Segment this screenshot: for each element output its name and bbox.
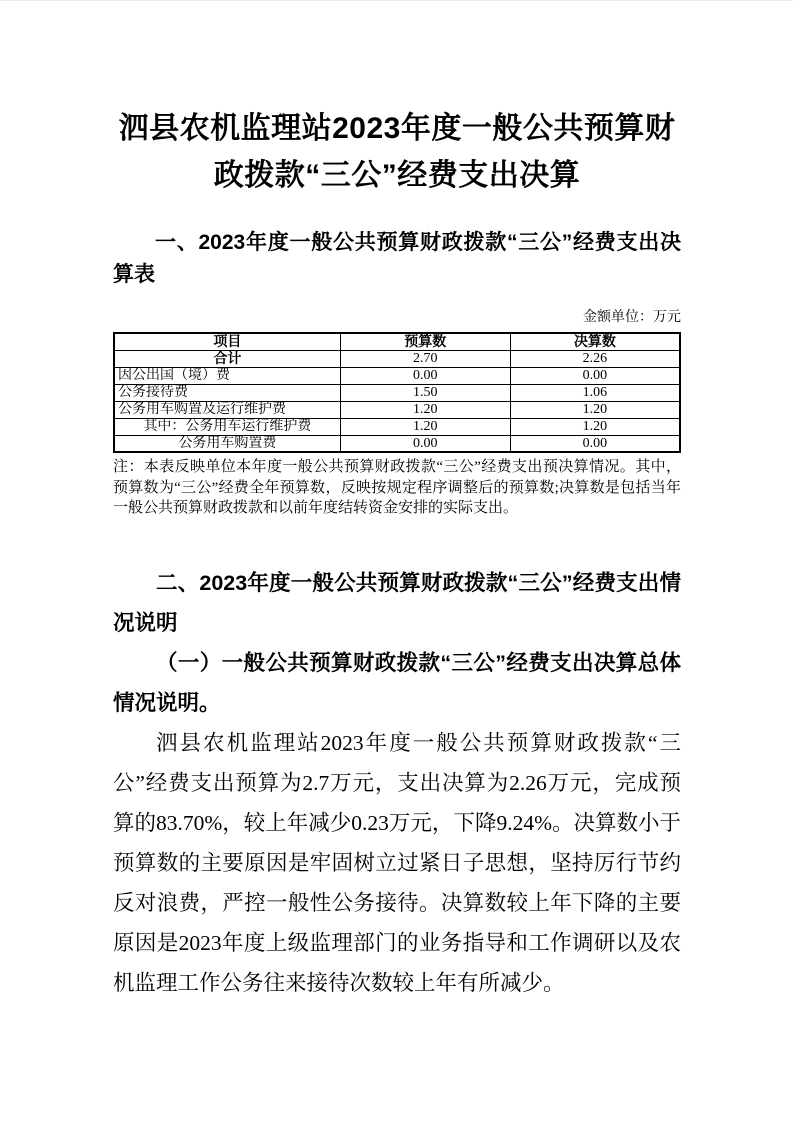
amount-unit-label: 金额单位：万元: [113, 309, 681, 327]
table-cell-budget: 1.50: [340, 384, 510, 401]
table-row-total: 合计 2.70 2.26: [114, 350, 680, 367]
table-row-reception-fee: 公务接待费 1.50 1.06: [114, 384, 680, 401]
table-cell-item: 其中：公务用车运行维护费: [114, 418, 340, 435]
table-cell-item: 公务用车购置及运行维护费: [114, 401, 340, 418]
table-cell-item: 因公出国（境）费: [114, 367, 340, 384]
document-page: 泗县农机监理站2023年度一般公共预算财政拨款“三公”经费支出决算 一、2023…: [0, 0, 793, 1122]
table-header-row: 项目 预算数 决算数: [114, 333, 680, 350]
table-cell-budget: 1.20: [340, 401, 510, 418]
table-cell-budget: 0.00: [340, 435, 510, 452]
three-public-expense-table: 项目 预算数 决算数 合计 2.70 2.26 因公出国（境）费 0.00 0.…: [113, 332, 681, 453]
table-cell-final: 0.00: [510, 435, 680, 452]
table-cell-final: 0.00: [510, 367, 680, 384]
table-cell-budget: 1.20: [340, 418, 510, 435]
document-title: 泗县农机监理站2023年度一般公共预算财政拨款“三公”经费支出决算: [113, 105, 681, 199]
table-cell-item: 公务接待费: [114, 384, 340, 401]
table-cell-final: 1.20: [510, 418, 680, 435]
table-row-abroad-fee: 因公出国（境）费 0.00 0.00: [114, 367, 680, 384]
table-row-vehicle-purchase-fee: 公务用车购置费 0.00 0.00: [114, 435, 680, 452]
table-header-budget: 预算数: [340, 333, 510, 350]
section2-heading: 二、2023年度一般公共预算财政拨款“三公”经费支出情况说明: [113, 563, 681, 643]
table-cell-budget: 0.00: [340, 367, 510, 384]
table-cell-item: 公务用车购置费: [114, 435, 340, 452]
table-header-item: 项目: [114, 333, 340, 350]
section2-subsection-heading: （一）一般公共预算财政拨款“三公”经费支出决算总体情况说明。: [113, 643, 681, 723]
table-cell-item: 合计: [114, 350, 340, 367]
table-row-vehicle-maintenance-fee: 其中：公务用车运行维护费 1.20 1.20: [114, 418, 680, 435]
table-cell-final: 1.20: [510, 401, 680, 418]
table-note: 注：本表反映单位本年度一般公共预算财政拨款“三公”经费支出预决算情况。其中，预算…: [113, 457, 681, 519]
table-row-vehicle-total-fee: 公务用车购置及运行维护费 1.20 1.20: [114, 401, 680, 418]
section1-heading: 一、2023年度一般公共预算财政拨款“三公”经费支出决算表: [113, 227, 681, 291]
section2-paragraph: 泗县农机监理站2023年度一般公共预算财政拨款“三公”经费支出预算为2.7万元，…: [113, 723, 681, 1003]
table-cell-budget: 2.70: [340, 350, 510, 367]
table-cell-final: 1.06: [510, 384, 680, 401]
table-header-final: 决算数: [510, 333, 680, 350]
table-cell-final: 2.26: [510, 350, 680, 367]
